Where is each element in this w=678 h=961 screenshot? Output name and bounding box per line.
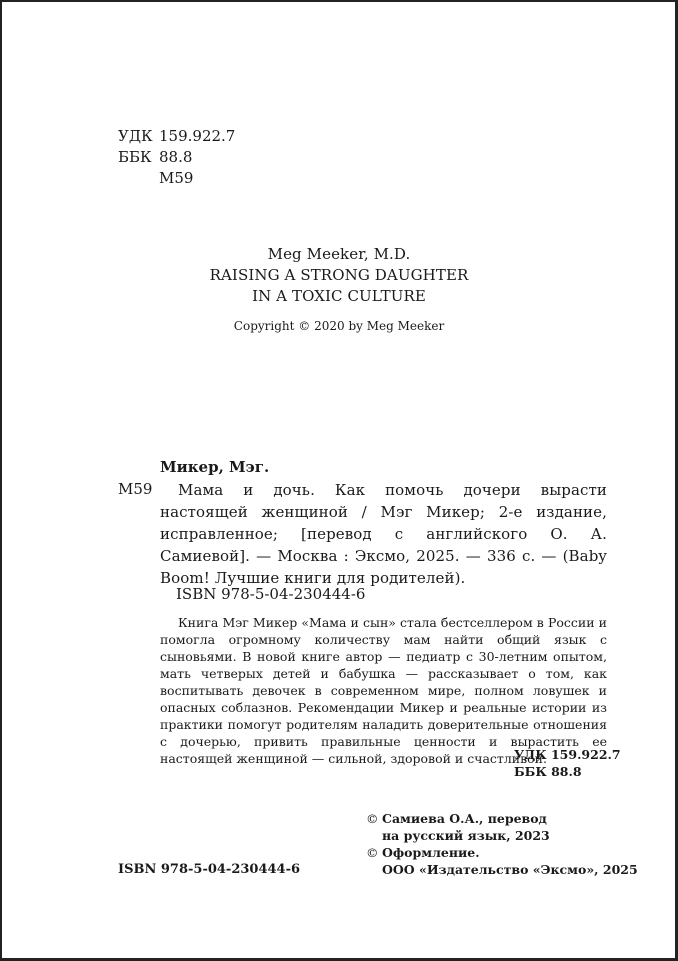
copyright-translation-line-1: Самиева О.А., перевод xyxy=(382,810,547,827)
book-annotation: Книга Мэг Микер «Мама и сын» стала бестс… xyxy=(160,614,607,767)
copyright-translation-line-2: на русский язык, 2023 xyxy=(382,827,550,844)
udk-label: УДК xyxy=(118,126,159,147)
spacer xyxy=(366,861,382,878)
original-author: Meg Meeker, M.D. xyxy=(0,244,678,265)
copyright-design-line-2: ООО «Издательство «Эксмо», 2025 xyxy=(382,861,638,878)
copyright-icon: © xyxy=(366,844,382,861)
catalog-author-heading: Микер, Мэг. xyxy=(160,457,269,477)
copyright-notices: © Самиева О.А., перевод на русский язык,… xyxy=(366,810,638,878)
classification-codes: УДК 159.922.7 ББК 88.8 М59 xyxy=(118,126,235,189)
author-mark-label xyxy=(118,168,159,189)
copyright-translation-cont: на русский язык, 2023 xyxy=(366,827,638,844)
udk-code: УДК 159.922.7 xyxy=(118,126,235,147)
catalog-isbn: ISBN 978-5-04-230444-6 xyxy=(176,584,365,604)
original-edition-block: Meg Meeker, M.D. RAISING A STRONG DAUGHT… xyxy=(0,244,678,307)
catalog-author-mark: М59 xyxy=(118,479,152,499)
original-copyright: Copyright © 2020 by Meg Meeker xyxy=(0,318,678,334)
catalog-description: Мама и дочь. Как помочь дочери вырасти н… xyxy=(160,479,607,589)
author-mark-code: М59 xyxy=(118,168,235,189)
copyright-design: © Оформление. xyxy=(366,844,638,861)
bottom-udk: УДК 159.922.7 xyxy=(514,746,621,763)
bottom-bbk: ББК 88.8 xyxy=(514,763,621,780)
bbk-label: ББК xyxy=(118,147,159,168)
copyright-translation: © Самиева О.А., перевод xyxy=(366,810,638,827)
original-title-line-2: IN A TOXIC CULTURE xyxy=(0,286,678,307)
copyright-design-cont: ООО «Издательство «Эксмо», 2025 xyxy=(366,861,638,878)
udk-value: 159.922.7 xyxy=(159,126,235,147)
bbk-code: ББК 88.8 xyxy=(118,147,235,168)
bottom-classification-codes: УДК 159.922.7 ББК 88.8 xyxy=(514,746,621,780)
author-mark-value: М59 xyxy=(159,168,193,189)
copyright-design-line-1: Оформление. xyxy=(382,844,480,861)
spacer xyxy=(366,827,382,844)
bbk-value: 88.8 xyxy=(159,147,192,168)
original-title-line-1: RAISING A STRONG DAUGHTER xyxy=(0,265,678,286)
copyright-icon: © xyxy=(366,810,382,827)
bottom-isbn: ISBN 978-5-04-230444-6 xyxy=(118,861,300,878)
